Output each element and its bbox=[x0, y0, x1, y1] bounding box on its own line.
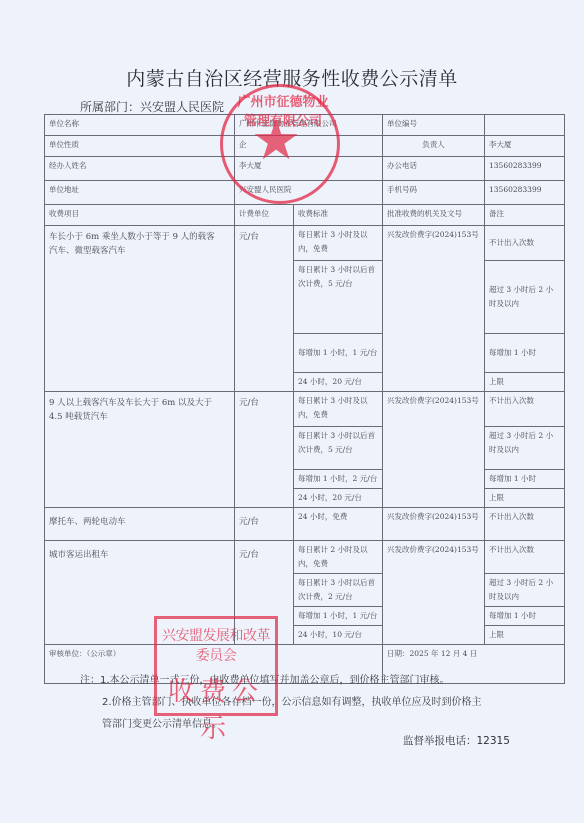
remark: 上限 bbox=[485, 626, 565, 645]
billing-unit: 元/台 bbox=[235, 508, 294, 541]
fee-item-line: 车长小于 6m 乘坐人数小于等于 9 人的载客 bbox=[49, 230, 230, 244]
person-in-charge-label: 负责人 bbox=[383, 136, 485, 157]
fee-row: 摩托车、两轮电动车 元/台 24 小时，免费 兴发改价费字(2024)153号 … bbox=[45, 508, 565, 541]
fee-standard: 24 小时，10 元/台 bbox=[294, 626, 383, 645]
fee-item-cell: 车长小于 6m 乘坐人数小于等于 9 人的载客 汽车、微型载客汽车 bbox=[45, 226, 235, 392]
billing-unit: 元/台 bbox=[235, 392, 294, 508]
unit-nature-value: 企 bbox=[235, 136, 383, 157]
notes-section: 注：1.本公示清单一式三份，由收费单位填写并加盖公章后，到价格主管部门审核。 2… bbox=[80, 670, 570, 736]
note-1: 注：1.本公示清单一式三份，由收费单位填写并加盖公章后，到价格主管部门审核。 bbox=[80, 670, 570, 692]
remark: 超过 3 小时后 2 小时及以内 bbox=[485, 261, 565, 334]
fee-standard: 24 小时，免费 bbox=[294, 508, 383, 541]
fee-item-line: 4.5 吨载货汽车 bbox=[49, 410, 230, 424]
fee-item-cell: 摩托车、两轮电动车 bbox=[45, 508, 235, 541]
header-remarks: 备注 bbox=[485, 205, 565, 226]
fee-item-cell: 9 人以上载客汽车及车长大于 6m 以及大于 4.5 吨载货汽车 bbox=[45, 392, 235, 508]
office-phone-value: 13560283399 bbox=[485, 157, 565, 181]
fee-standard: 每日累计 3 小时及以内，免费 bbox=[294, 226, 383, 261]
fee-standard: 每日累计 3 小时以后首次计费，5 元/台 bbox=[294, 261, 383, 334]
address-label: 单位地址 bbox=[45, 181, 235, 205]
fee-standard: 每增加 1 小时，1 元/台 bbox=[294, 607, 383, 626]
supervision-hotline: 监督举报电话：12315 bbox=[403, 733, 510, 748]
fee-item-cell: 城市客运出租车 bbox=[45, 541, 235, 645]
fee-standard: 每日累计 2 小时及以内，免费 bbox=[294, 541, 383, 574]
info-row-handler: 经办人姓名 李大厦 办公电话 13560283399 bbox=[45, 157, 565, 181]
unit-nature-label: 单位性质 bbox=[45, 136, 235, 157]
remark: 不计出入次数 bbox=[485, 226, 565, 261]
mobile-value: 13560283399 bbox=[485, 181, 565, 205]
info-row-address: 单位地址 兴安盟人民医院 手机号码 13560283399 bbox=[45, 181, 565, 205]
fee-header-row: 收费项目 计费单位 收费标准 批准收费的机关及文号 备注 bbox=[45, 205, 565, 226]
fee-standard: 每日累计 3 小时及以内，免费 bbox=[294, 392, 383, 427]
mobile-label: 手机号码 bbox=[383, 181, 485, 205]
approval-doc: 兴发改价费字(2024)153号 bbox=[383, 508, 485, 541]
remark: 超过 3 小时后 2 小时及以内 bbox=[485, 427, 565, 470]
remark: 上限 bbox=[485, 373, 565, 392]
fee-item-line: 城市客运出租车 bbox=[49, 545, 230, 565]
unit-name-label: 单位名称 bbox=[45, 115, 235, 136]
fee-standard: 24 小时，20 元/台 bbox=[294, 489, 383, 508]
info-row-unit-name: 单位名称 广州市征德物业管理有限公司 单位编号 bbox=[45, 115, 565, 136]
department-label: 所属部门：兴安盟人民医院 bbox=[80, 98, 224, 115]
address-value: 兴安盟人民医院 bbox=[235, 181, 383, 205]
remark: 超过 3 小时后 2 小时及以内 bbox=[485, 574, 565, 607]
remark: 不计出入次数 bbox=[485, 541, 565, 574]
document-title: 内蒙古自治区经营服务性收费公示清单 bbox=[0, 64, 584, 91]
remark: 不计出入次数 bbox=[485, 392, 565, 427]
note-2: 2.价格主管部门、执收单位各存档一份，公示信息如有调整，执收单位应及时到价格主 bbox=[80, 692, 570, 714]
fee-item-line: 摩托车、两轮电动车 bbox=[49, 512, 230, 532]
unit-code-value bbox=[485, 115, 565, 136]
header-approval: 批准收费的机关及文号 bbox=[383, 205, 485, 226]
fee-row: 9 人以上载客汽车及车长大于 6m 以及大于 4.5 吨载货汽车 元/台 每日累… bbox=[45, 392, 565, 427]
fee-item-line: 9 人以上载客汽车及车长大于 6m 以及大于 bbox=[49, 396, 230, 410]
billing-unit: 元/台 bbox=[235, 541, 294, 645]
header-billing-unit: 计费单位 bbox=[235, 205, 294, 226]
fee-standard: 24 小时，20 元/台 bbox=[294, 373, 383, 392]
info-row-unit-nature: 单位性质 企 负责人 李大厦 bbox=[45, 136, 565, 157]
fee-row: 车长小于 6m 乘坐人数小于等于 9 人的载客 汽车、微型载客汽车 元/台 每日… bbox=[45, 226, 565, 261]
billing-unit: 元/台 bbox=[235, 226, 294, 392]
remark: 每增加 1 小时 bbox=[485, 334, 565, 373]
approval-doc: 兴发改价费字(2024)153号 bbox=[383, 226, 485, 392]
handler-value: 李大厦 bbox=[235, 157, 383, 181]
fee-standard: 每增加 1 小时，2 元/台 bbox=[294, 470, 383, 489]
remark: 上限 bbox=[485, 489, 565, 508]
fee-item-line: 汽车、微型载客汽车 bbox=[49, 244, 230, 258]
handler-label: 经办人姓名 bbox=[45, 157, 235, 181]
header-fee-item: 收费项目 bbox=[45, 205, 235, 226]
remark: 每增加 1 小时 bbox=[485, 470, 565, 489]
remark: 每增加 1 小时 bbox=[485, 607, 565, 626]
fee-standard: 每日累计 3 小时以后首次计费，5 元/台 bbox=[294, 427, 383, 470]
unit-code-label: 单位编号 bbox=[383, 115, 485, 136]
office-phone-label: 办公电话 bbox=[383, 157, 485, 181]
fee-standard: 每日累计 3 小时以后首次计费，2 元/台 bbox=[294, 574, 383, 607]
fee-standard: 每增加 1 小时，1 元/台 bbox=[294, 334, 383, 373]
person-in-charge-value: 李大厦 bbox=[485, 136, 565, 157]
fee-disclosure-table: 单位名称 广州市征德物业管理有限公司 单位编号 单位性质 企 负责人 李大厦 经… bbox=[44, 114, 565, 684]
fee-row: 城市客运出租车 元/台 每日累计 2 小时及以内，免费 兴发改价费字(2024)… bbox=[45, 541, 565, 574]
unit-name-value: 广州市征德物业管理有限公司 bbox=[235, 115, 383, 136]
approval-doc: 兴发改价费字(2024)153号 bbox=[383, 541, 485, 645]
header-fee-standard: 收费标准 bbox=[294, 205, 383, 226]
remark: 不计出入次数 bbox=[485, 508, 565, 541]
approval-doc: 兴发改价费字(2024)153号 bbox=[383, 392, 485, 508]
